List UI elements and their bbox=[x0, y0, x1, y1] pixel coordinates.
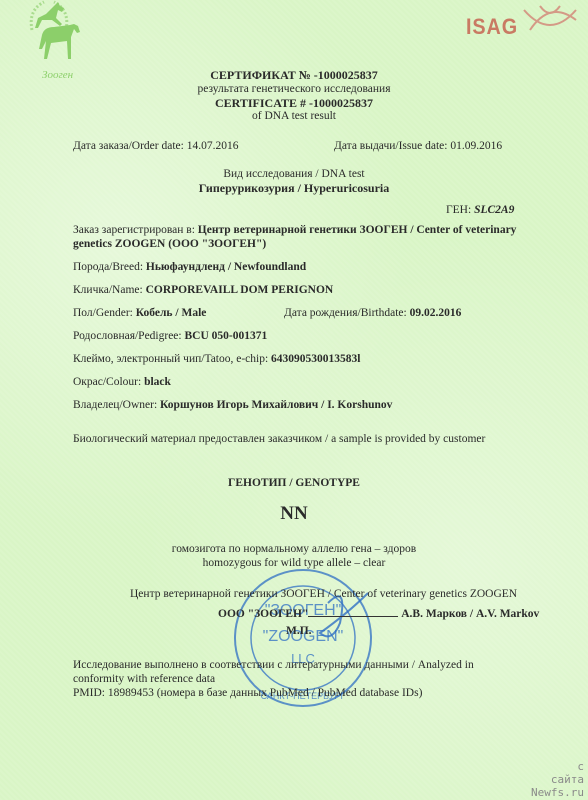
registered-at: Заказ зарегистрирован в: Центр ветеринар… bbox=[73, 224, 516, 236]
certificate-subtitle-en: of DNA test result bbox=[0, 110, 588, 122]
dna-test-label: Вид исследования / DNA test bbox=[0, 168, 588, 180]
field-birthdate: Дата рождения/Birthdate: 09.02.2016 bbox=[284, 307, 461, 319]
dna-test-name: Гиперурикозурия / Hyperuricosuria bbox=[0, 181, 588, 196]
seal-mark: М.П. bbox=[286, 625, 312, 637]
signature-line: ООО "ЗООГЕН" А.В. Марков / A.V. Markov bbox=[218, 606, 539, 620]
isag-logo: ISAG bbox=[466, 14, 518, 40]
certificate-title-ru: СЕРТИФИКАТ № -1000025837 bbox=[0, 68, 588, 83]
certificate-subtitle-ru: результата генетического исследования bbox=[0, 83, 588, 95]
genotype-value: NN bbox=[0, 503, 588, 525]
sample-note: Биологический материал предоставлен зака… bbox=[73, 433, 485, 445]
field-pedigree: Родословная/Pedigree: BCU 050-001371 bbox=[73, 330, 267, 342]
registered-at-cont: genetics ZOOGEN (ООО "ЗООГЕН") bbox=[73, 238, 266, 250]
genotype-desc-ru: гомозигота по нормальному аллелю гена – … bbox=[0, 543, 588, 555]
field-gender: Пол/Gender: Кобель / Male bbox=[73, 307, 206, 319]
gene: ГЕН: SLC2A9 bbox=[446, 204, 514, 216]
site-watermark: с сайта Newfs.ru bbox=[520, 760, 584, 799]
issue-date: Дата выдачи/Issue date: 01.09.2016 bbox=[334, 140, 502, 152]
field-chip: Клеймо, электронный чип/Tatoo, e-chip: 6… bbox=[73, 353, 361, 365]
field-colour: Окрас/Colour: black bbox=[73, 376, 171, 388]
footer-line-2: conformity with reference data bbox=[73, 673, 215, 685]
order-date: Дата заказа/Order date: 14.07.2016 bbox=[73, 140, 238, 152]
signature-underline bbox=[308, 606, 398, 617]
footer-line-1: Исследование выполнено в соответствии с … bbox=[73, 659, 474, 671]
field-breed: Порода/Breed: Ньюфаундленд / Newfoundlan… bbox=[73, 261, 306, 273]
field-name: Кличка/Name: CORPOREVAILL DOM PERIGNON bbox=[73, 284, 333, 296]
isag-swirl-icon bbox=[520, 0, 582, 40]
certificate-title-en: CERTIFICATE # -1000025837 bbox=[0, 96, 588, 111]
certificate-page: Зооген ISAG СЕРТИФИКАТ № -1000025837 рез… bbox=[0, 0, 588, 800]
genotype-heading: ГЕНОТИП / GENOTYPE bbox=[0, 477, 588, 489]
field-owner: Владелец/Owner: Коршунов Игорь Михайлови… bbox=[73, 399, 392, 411]
footer-line-3: PMID: 18989453 (номера в базе данных Pub… bbox=[73, 687, 422, 699]
signature-org: Центр ветеринарной генетики ЗООГЕН / Cen… bbox=[130, 588, 517, 600]
